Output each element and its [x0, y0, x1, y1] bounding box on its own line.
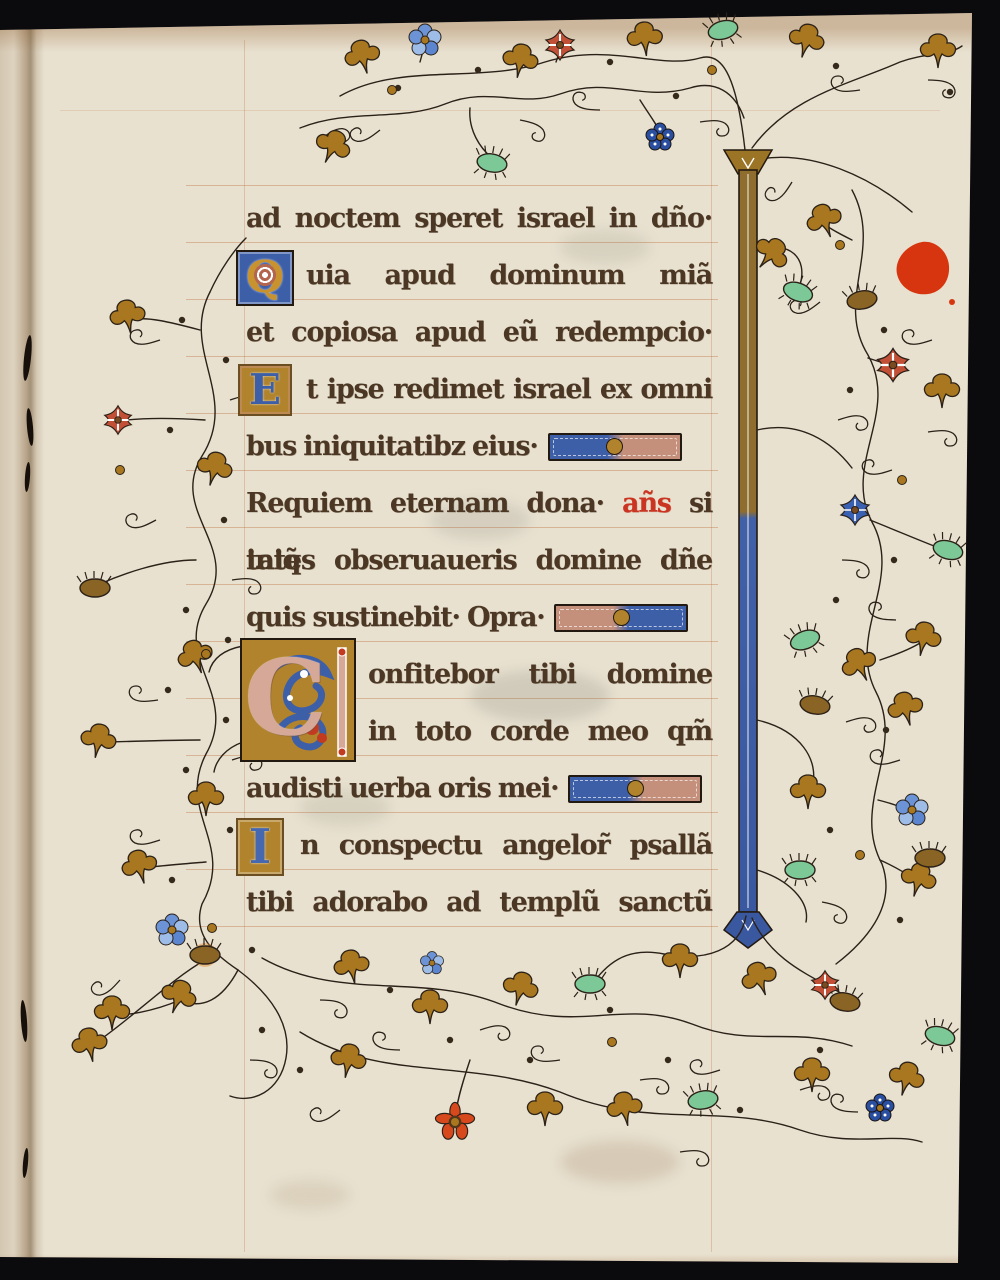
gold-trefoil-icon [920, 34, 955, 68]
red-flower-icon [105, 406, 132, 435]
text-line: t ipse redimet israel ex omni [246, 361, 712, 418]
initial-hairlines [209, 646, 243, 772]
gold-trefoil-icon [605, 1089, 645, 1129]
green-leaf-icon [782, 853, 816, 886]
initial-letter: E [249, 369, 281, 411]
gold-trefoil-icon [156, 975, 201, 1019]
gold-trefoil-icon [527, 1092, 562, 1126]
gold-trefoil-icon [924, 374, 959, 408]
manuscript-photo: { "doc": { "kind": "illuminated-manuscri… [0, 0, 1000, 1280]
gold-trefoil-icon [626, 21, 664, 58]
illuminated-initial-q: Q [236, 250, 294, 306]
line-text: audisti uerba oris mei· [246, 760, 558, 817]
gold-trefoil-icon [903, 619, 943, 659]
red-stain [897, 242, 950, 295]
gold-trefoil-icon [412, 990, 447, 1024]
illuminated-initial-c: C [240, 638, 356, 762]
gold-trefoil-icon [341, 36, 384, 78]
green-leaf-icon [782, 619, 825, 662]
line-text: bus iniquitatibz eius· [246, 418, 538, 475]
right-border-vines [746, 190, 968, 964]
navy-flower-icon [646, 123, 674, 150]
gold-trefoil-icon [108, 297, 148, 337]
gold-trefoil-icon [499, 968, 542, 1010]
illuminated-initial-i: I [236, 818, 284, 876]
text-line: audisti uerba oris mei· [246, 760, 712, 817]
green-leaf-icon [918, 1015, 959, 1056]
gold-trefoil-icon [837, 642, 883, 688]
text-line: bus iniquitatibz eius· [246, 418, 712, 475]
text-line: tates obseruaueris domine dñe [246, 532, 712, 589]
gold-trefoil-icon [885, 1058, 928, 1100]
line-text: Requiem eternam dona· [246, 488, 604, 519]
blue-flower-icon [409, 24, 441, 55]
gold-trefoil-icon [500, 41, 540, 81]
text-block: ad noctem speret israel in dño· uia apud… [246, 190, 712, 950]
red-flower-icon [878, 349, 909, 382]
text-line: tibi adorabo ad templũ sanctũ [246, 874, 712, 931]
gold-trefoil-icon [78, 721, 118, 761]
gold-trefoil-icon [94, 996, 129, 1030]
text-line: Requiem eternam dona· añs si iniq̃ [246, 475, 712, 532]
gold-pod-icon [187, 938, 221, 964]
blue-flower-icon [420, 951, 443, 973]
navy-flower-icon [866, 1094, 894, 1121]
illuminated-initial-e: E [238, 364, 292, 416]
green-leaf-icon [701, 9, 742, 50]
gold-trefoil-icon [884, 688, 927, 730]
green-leaf-icon [776, 270, 819, 313]
gold-trefoil-icon [193, 448, 236, 490]
line-filler [548, 433, 682, 461]
bar-border [724, 150, 772, 948]
red-flower-icon [546, 30, 574, 60]
gold-pod-icon [796, 685, 834, 717]
gold-trefoil-icon [70, 1025, 110, 1065]
top-border-vines [300, 9, 962, 212]
gold-trefoil-icon [173, 635, 218, 679]
initial-letter: C [244, 646, 327, 750]
gold-trefoil-icon [785, 20, 828, 62]
text-line: ad noctem speret israel in dño· [246, 190, 712, 247]
line-filler [568, 775, 702, 803]
blue-flower-icon [156, 914, 188, 945]
rubric-abbreviation: añs [622, 488, 671, 519]
text-line: uia apud dominum miã [246, 247, 712, 304]
gold-trefoil-icon [790, 775, 825, 809]
initial-letter: I [249, 823, 271, 871]
gold-pod-icon [77, 571, 111, 597]
gold-trefoil-icon [188, 782, 223, 816]
gold-trefoil-icon [328, 1041, 368, 1081]
gold-trefoil-icon [737, 957, 782, 1001]
green-leaf-icon [926, 529, 967, 570]
line-filler [554, 604, 688, 632]
green-leaf-icon [471, 143, 510, 181]
blue-flower-icon [896, 794, 928, 825]
gold-pod-icon [912, 841, 946, 867]
bottom-border-vines [187, 916, 960, 1167]
gold-pod-icon [841, 280, 879, 312]
gold-trefoil-icon [118, 846, 161, 888]
text-line: et copiosa apud eũ redempcio· [246, 304, 712, 361]
green-leaf-icon [682, 1080, 721, 1118]
initial-roundel [252, 262, 278, 288]
text-line: n conspectu angelor̃ psallã [246, 817, 712, 874]
orange-flower-icon [435, 1102, 474, 1139]
green-leaf-icon [572, 967, 606, 1000]
gold-trefoil-icon [802, 199, 847, 243]
gold-trefoil-icon [332, 947, 372, 987]
